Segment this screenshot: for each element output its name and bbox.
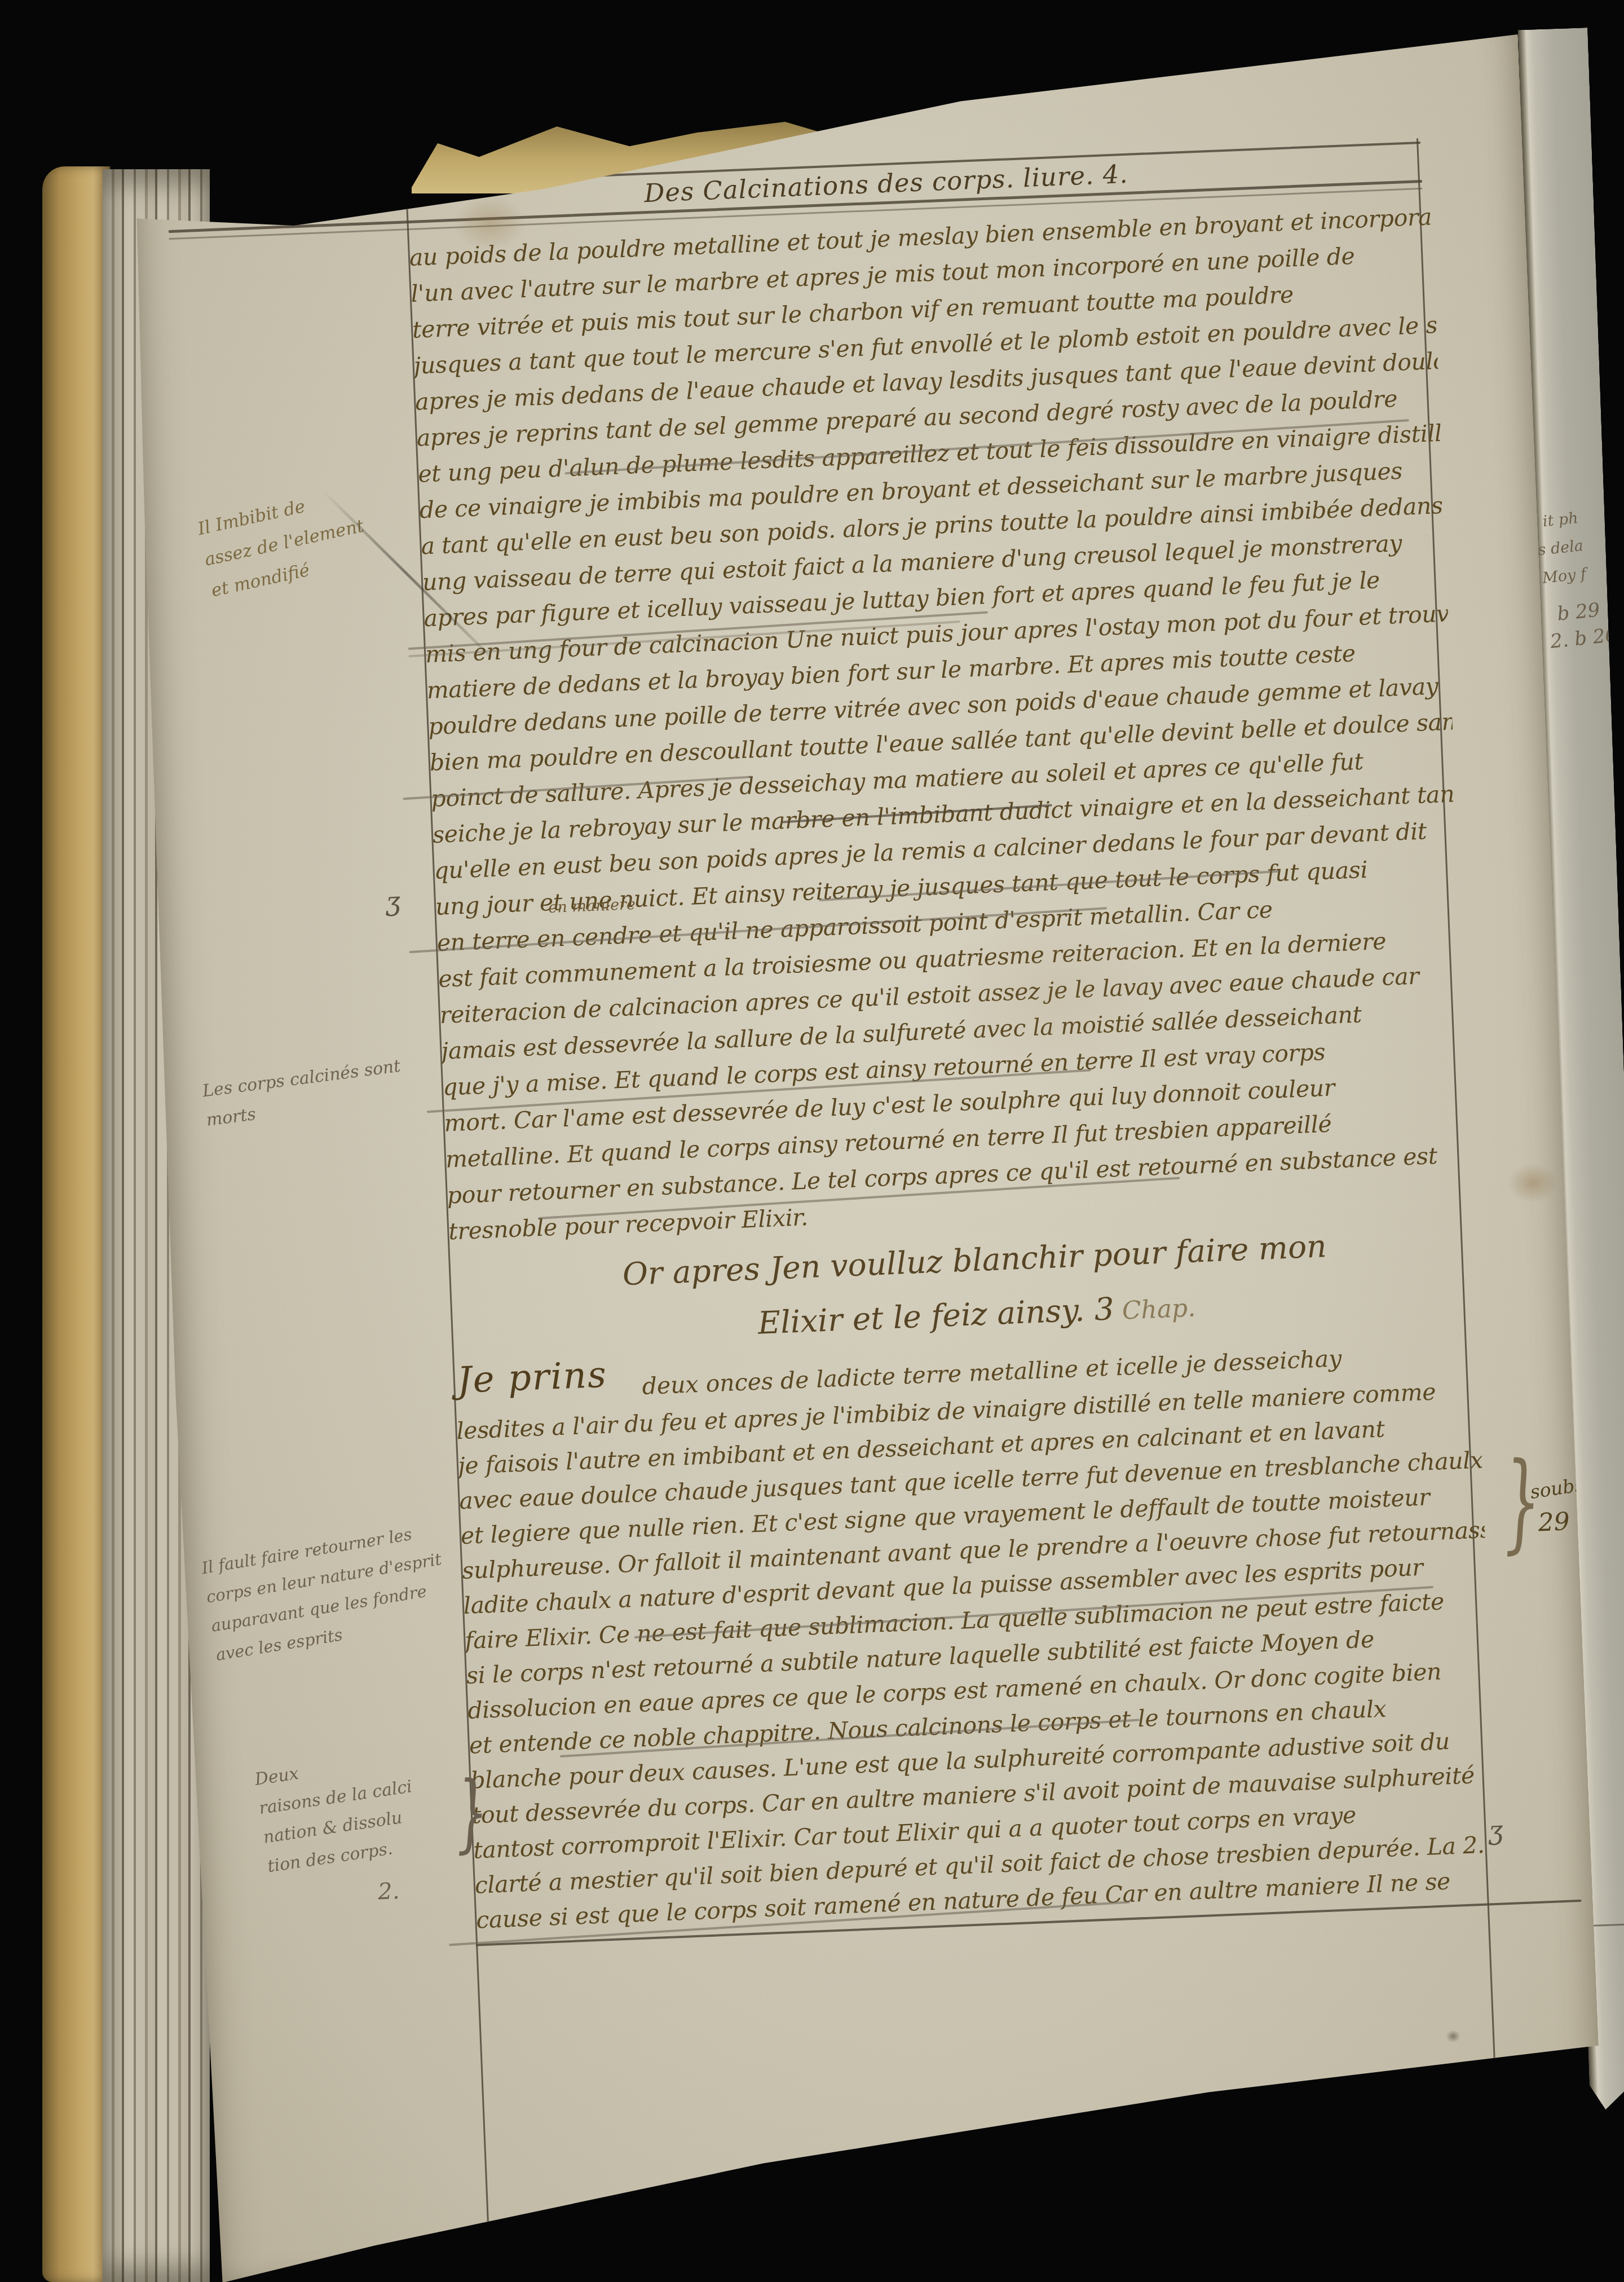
next-page-fragment: Moy f — [1542, 565, 1587, 587]
paragraph-1: au poids de la pouldre metalline et tout… — [401, 16, 1424, 57]
paragraph-2: lesdites a l'air du feu et apres je l'im… — [401, 16, 1424, 57]
paragraph-brace-mark: ʒ — [385, 886, 401, 917]
margin-note-corps-calcines: Les corps calcinés sontmorts — [201, 1051, 442, 1082]
margin-brace-mark: } — [453, 1763, 489, 1862]
margin-note-number: 2. — [377, 1878, 400, 1905]
margin-note-line: Deux — [254, 1764, 300, 1790]
stain — [1507, 1162, 1559, 1204]
next-page-fragment: b 29 — [1556, 598, 1601, 625]
margin-note-deux-raisons: Deuxraisons de la calcination & dissolut… — [254, 1736, 488, 1770]
next-page-fragment: it ph — [1542, 509, 1579, 530]
chapter-number-label: Chap. — [1114, 1294, 1196, 1326]
margin-note-retourner-esprit: Il fault faire retourner lescorps en leu… — [200, 1517, 456, 1558]
margin-note-line: Les corps calcinés sont — [201, 1056, 401, 1102]
next-page-fragment: s dela — [1537, 537, 1584, 559]
folio-number: 29 — [1538, 1507, 1570, 1537]
body-text: au poids de la pouldre metalline et tout… — [401, 16, 1513, 2272]
vellum-spine-edge — [42, 166, 110, 2282]
margin-note-imbibition: Il Imbibit deassez de l'elementet mondif… — [196, 469, 427, 519]
manuscript-photo: it ph s dela Moy f b 29 2. b 26 C Des Ca… — [0, 0, 1624, 2282]
paragraph-brace-mark: ʒ — [1488, 1814, 1503, 1845]
chapter-heading-line2-text: Elixir et le feiz ainsy. 3 — [757, 1290, 1115, 1341]
manuscript-page: Des Calcinations des corps. liure. 4. au… — [120, 12, 1606, 2282]
next-page-fragment: 2. b 26 — [1549, 624, 1618, 653]
margin-note-line: morts — [205, 1104, 257, 1130]
drop-cap-words: Je prins — [457, 1354, 608, 1402]
interlinear-insertion: en maniere — [548, 896, 636, 917]
